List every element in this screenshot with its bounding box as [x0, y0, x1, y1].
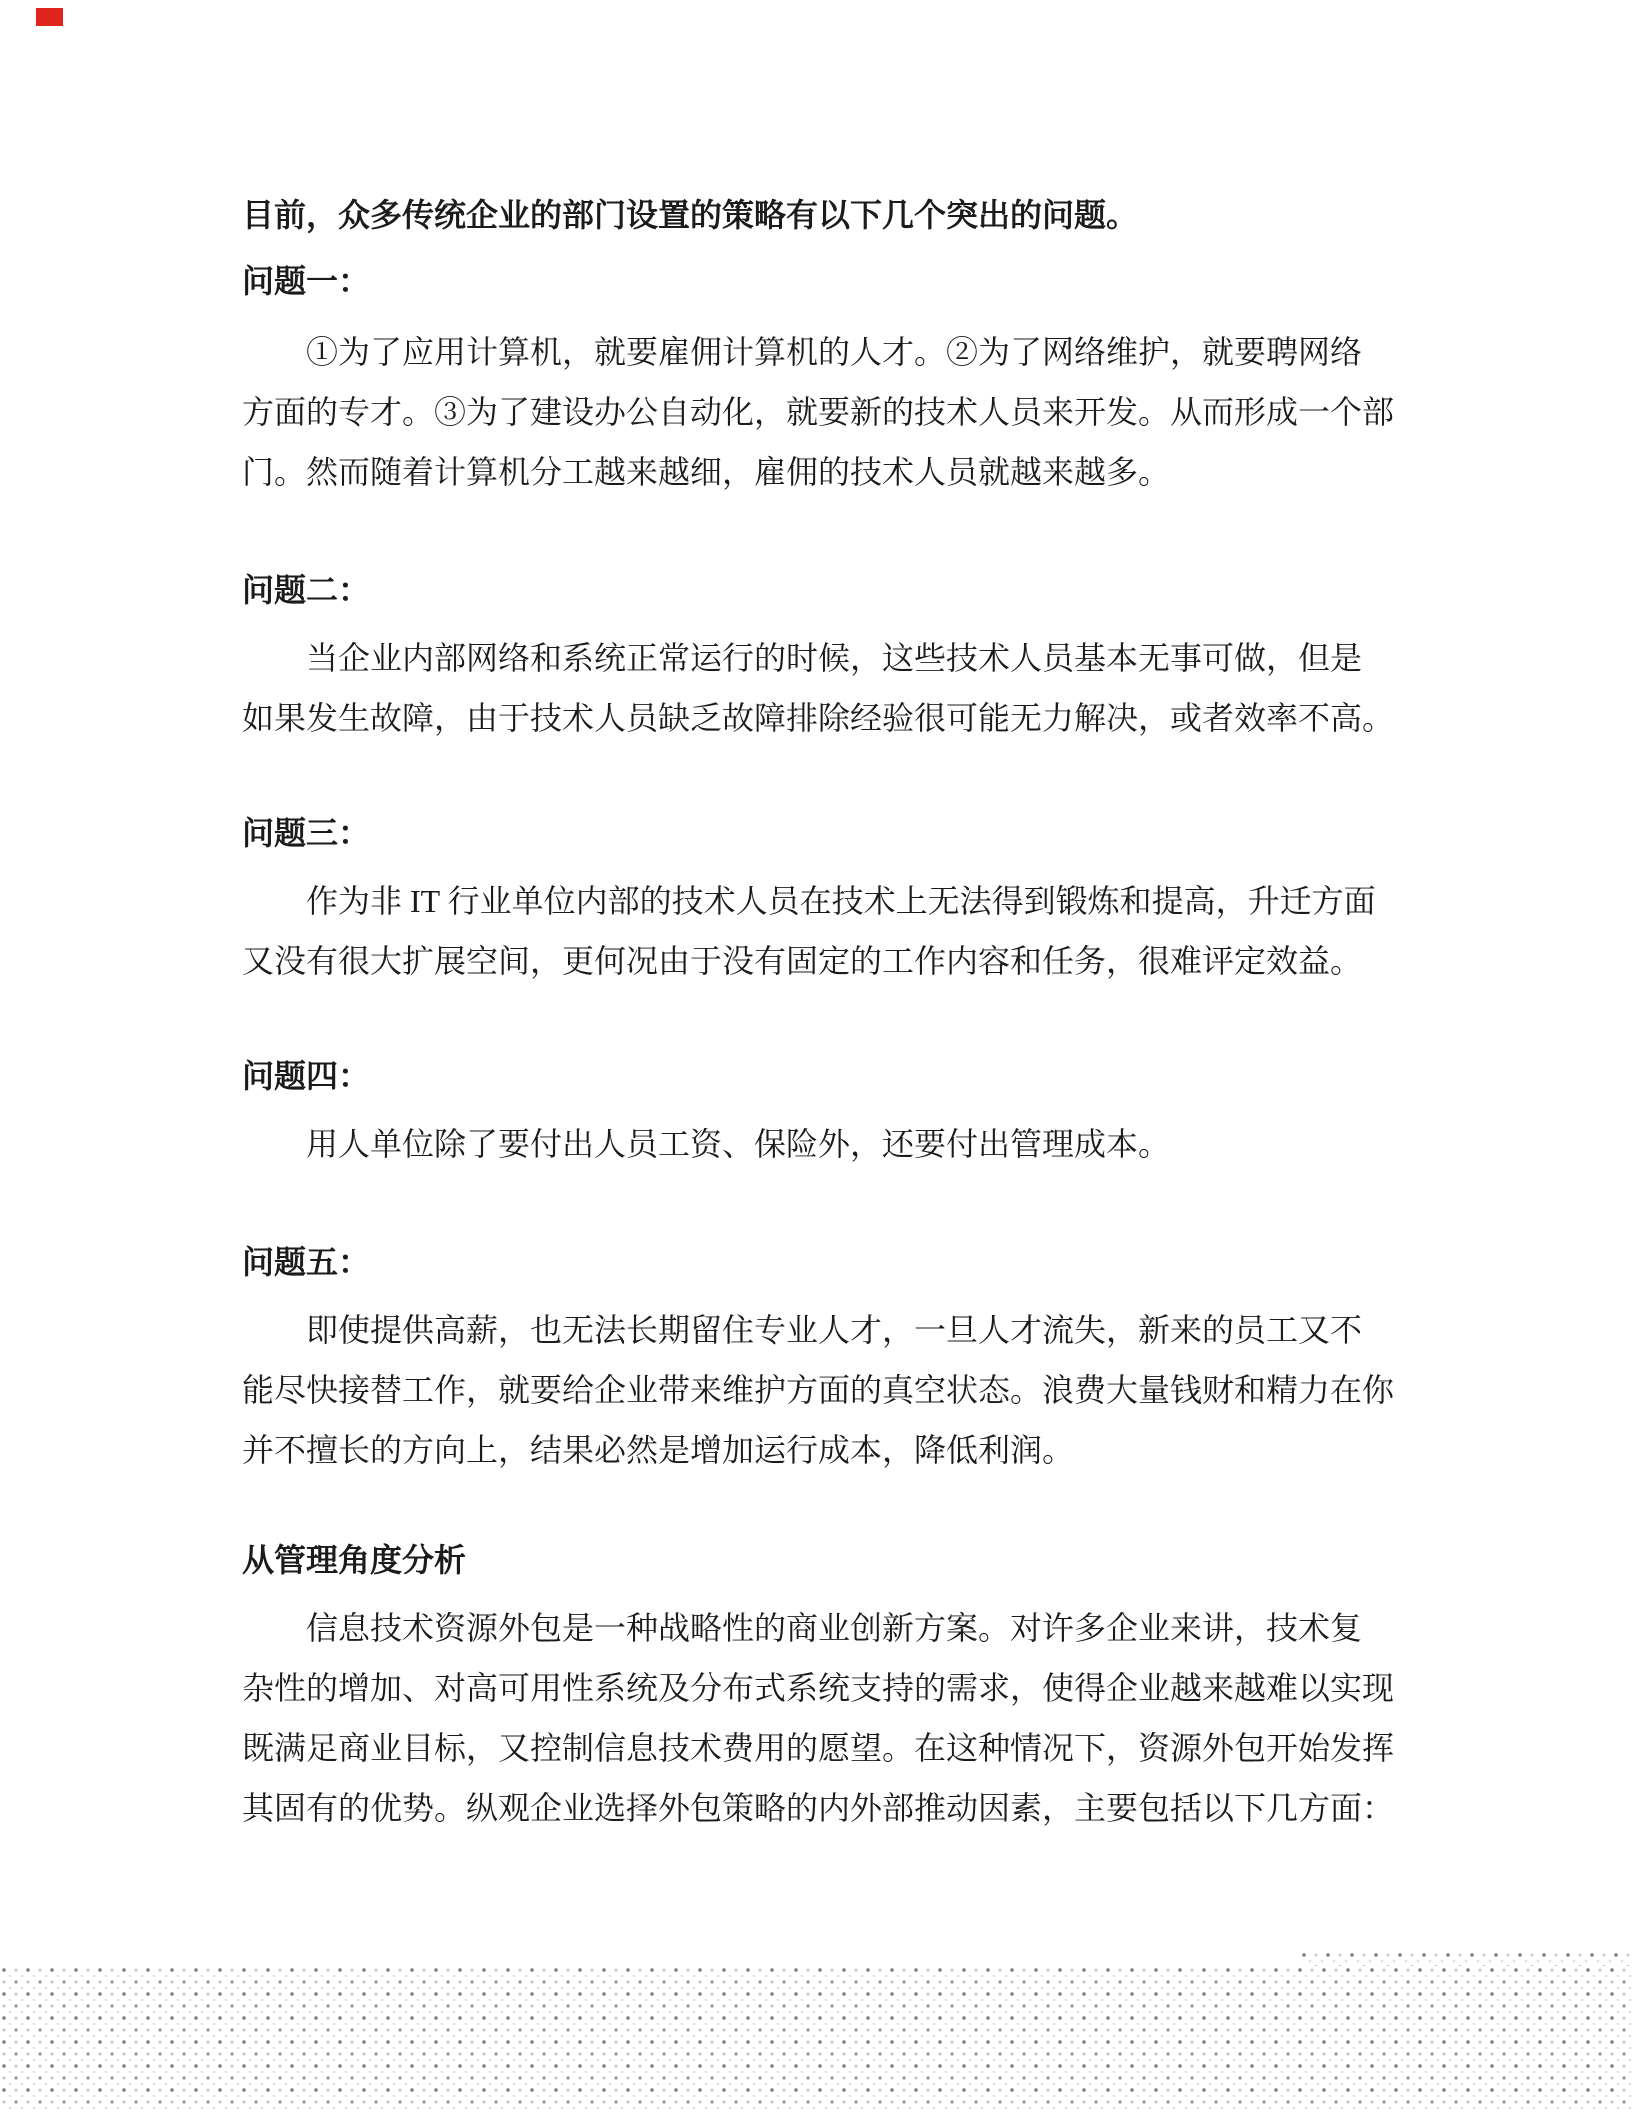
paragraph-problem-3: 作为非 IT 行业单位内部的技术人员在技术上无法得到锻炼和提高，升迁方面又没有很… — [242, 871, 1412, 991]
text-line: 其固有的优势。纵观企业选择外包策略的内外部推动因素，主要包括以下几方面： — [242, 1778, 1412, 1838]
text-line: 方面的专才。③为了建设办公自动化，就要新的技术人员来开发。从而形成一个部 — [242, 382, 1412, 442]
analysis-heading: 从管理角度分析 — [242, 1530, 1412, 1590]
text-line: 能尽快接替工作，就要给企业带来维护方面的真空状态。浪费大量钱财和精力在你 — [242, 1360, 1412, 1420]
paragraph-problem-2: 当企业内部网络和系统正常运行的时候，这些技术人员基本无事可做，但是如果发生故障，… — [242, 628, 1412, 748]
document-page: 目前，众多传统企业的部门设置的策略有以下几个突出的问题。 问题一： ①为了应用计… — [0, 0, 1632, 2112]
paragraph-problem-5: 即使提供高薪，也无法长期留住专业人才，一旦人才流失，新来的员工又不能尽快接替工作… — [242, 1300, 1412, 1480]
paragraph-analysis: 信息技术资源外包是一种战略性的商业创新方案。对许多企业来讲，技术复杂性的增加、对… — [242, 1598, 1412, 1838]
dotted-texture-right — [1300, 1951, 1632, 1966]
text-line: 信息技术资源外包是一种战略性的商业创新方案。对许多企业来讲，技术复 — [242, 1598, 1412, 1658]
dotted-texture — [0, 1966, 1632, 2112]
paragraph-problem-4: 用人单位除了要付出人员工资、保险外，还要付出管理成本。 — [242, 1114, 1412, 1174]
text-line: 既满足商业目标，又控制信息技术费用的愿望。在这种情况下，资源外包开始发挥 — [242, 1718, 1412, 1778]
text-line: 作为非 IT 行业单位内部的技术人员在技术上无法得到锻炼和提高，升迁方面 — [242, 871, 1412, 931]
text-line: 当企业内部网络和系统正常运行的时候，这些技术人员基本无事可做，但是 — [242, 628, 1412, 688]
text-line: 并不擅长的方向上，结果必然是增加运行成本，降低利润。 — [242, 1420, 1412, 1480]
red-marker — [36, 8, 63, 26]
intro-heading: 目前，众多传统企业的部门设置的策略有以下几个突出的问题。 — [242, 185, 1412, 245]
text-line: 杂性的增加、对高可用性系统及分布式系统支持的需求，使得企业越来越难以实现 — [242, 1658, 1412, 1718]
text-line: ①为了应用计算机，就要雇佣计算机的人才。②为了网络维护，就要聘网络 — [242, 322, 1412, 382]
text-line: 即使提供高薪，也无法长期留住专业人才，一旦人才流失，新来的员工又不 — [242, 1300, 1412, 1360]
section-label-problem-4: 问题四： — [242, 1046, 1412, 1106]
section-label-problem-3: 问题三： — [242, 803, 1412, 863]
text-line: 用人单位除了要付出人员工资、保险外，还要付出管理成本。 — [242, 1114, 1412, 1174]
section-label-problem-1: 问题一： — [242, 251, 1412, 311]
section-label-problem-2: 问题二： — [242, 560, 1412, 620]
text-line: 如果发生故障，由于技术人员缺乏故障排除经验很可能无力解决，或者效率不高。 — [242, 688, 1412, 748]
text-line: 又没有很大扩展空间，更何况由于没有固定的工作内容和任务，很难评定效益。 — [242, 931, 1412, 991]
text-line: 门。然而随着计算机分工越来越细，雇佣的技术人员就越来越多。 — [242, 442, 1412, 502]
paragraph-problem-1: ①为了应用计算机，就要雇佣计算机的人才。②为了网络维护，就要聘网络方面的专才。③… — [242, 322, 1412, 502]
section-label-problem-5: 问题五： — [242, 1232, 1412, 1292]
